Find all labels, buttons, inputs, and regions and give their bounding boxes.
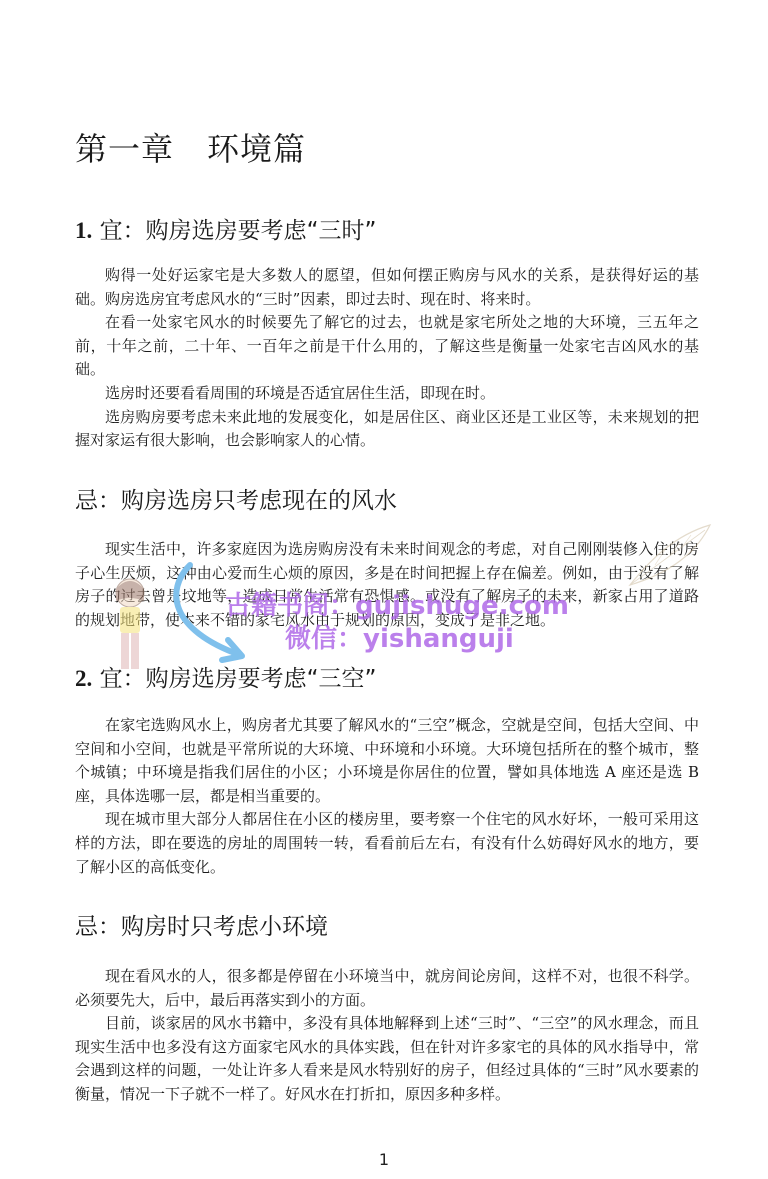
document-page: 第一章 环境篇 1. 宜：购房选房要考虑“三时” 购得一处好运家宅是大多数人的愿… bbox=[0, 0, 768, 1179]
section-number: 2. bbox=[75, 666, 92, 691]
section-number: 1. bbox=[75, 218, 92, 243]
paragraph: 现在城市里大部分人都居住在小区的楼房里，要考察一个住宅的风水好坏，一般可采用这样… bbox=[75, 808, 699, 879]
section-heading-avoid-1: 忌：购房选房只考虑现在的风水 bbox=[75, 482, 397, 515]
section-body-avoid-1: 现实生活中，许多家庭因为选房购房没有未来时间观念的考虑，对自己刚刚装修入住的房子… bbox=[75, 538, 699, 632]
paragraph: 在家宅选购风水上，购房者尤其要了解风水的“三空”概念，空就是空间，包括大空间、中… bbox=[75, 714, 699, 808]
paragraph: 选房购房要考虑未来此地的发展变化，如是居住区、商业区还是工业区等，未来规划的把握… bbox=[75, 406, 699, 453]
paragraph: 选房时还要看看周围的环境是否适宜居住生活，即现在时。 bbox=[75, 382, 699, 406]
section-heading-2: 2. 宜：购房选房要考虑“三空” bbox=[75, 660, 376, 693]
chapter-title: 第一章 环境篇 bbox=[75, 124, 306, 170]
section-title: 宜：购房选房要考虑“三空” bbox=[100, 666, 377, 692]
paragraph: 现实生活中，许多家庭因为选房购房没有未来时间观念的考虑，对自己刚刚装修入住的房子… bbox=[75, 538, 699, 632]
section-body-avoid-2: 现在看风水的人，很多都是停留在小环境当中，就房间论房间，这样不对，也很不科学。必… bbox=[75, 965, 699, 1107]
paragraph: 购得一处好运家宅是大多数人的愿望，但如何摆正购房与风水的关系，是获得好运的基础。… bbox=[75, 264, 699, 311]
section-title: 忌：购房选房只考虑现在的风水 bbox=[75, 488, 397, 514]
paragraph: 现在看风水的人，很多都是停留在小环境当中，就房间论房间，这样不对，也很不科学。必… bbox=[75, 965, 699, 1012]
section-heading-avoid-2: 忌：购房时只考虑小环境 bbox=[75, 908, 328, 941]
section-body-1: 购得一处好运家宅是大多数人的愿望，但如何摆正购房与风水的关系，是获得好运的基础。… bbox=[75, 264, 699, 453]
section-heading-1: 1. 宜：购房选房要考虑“三时” bbox=[75, 212, 376, 245]
section-title: 宜：购房选房要考虑“三时” bbox=[100, 218, 377, 244]
section-body-2: 在家宅选购风水上，购房者尤其要了解风水的“三空”概念，空就是空间，包括大空间、中… bbox=[75, 714, 699, 879]
section-title: 忌：购房时只考虑小环境 bbox=[75, 914, 328, 940]
paragraph: 目前，谈家居的风水书籍中，多没有具体地解释到上述“三时”、“三空”的风水理念，而… bbox=[75, 1012, 699, 1106]
paragraph: 在看一处家宅风水的时候要先了解它的过去，也就是家宅所处之地的大环境，三五年之前，… bbox=[75, 311, 699, 382]
page-number: 1 bbox=[0, 1150, 768, 1169]
feather-decoration-icon bbox=[625, 520, 715, 590]
